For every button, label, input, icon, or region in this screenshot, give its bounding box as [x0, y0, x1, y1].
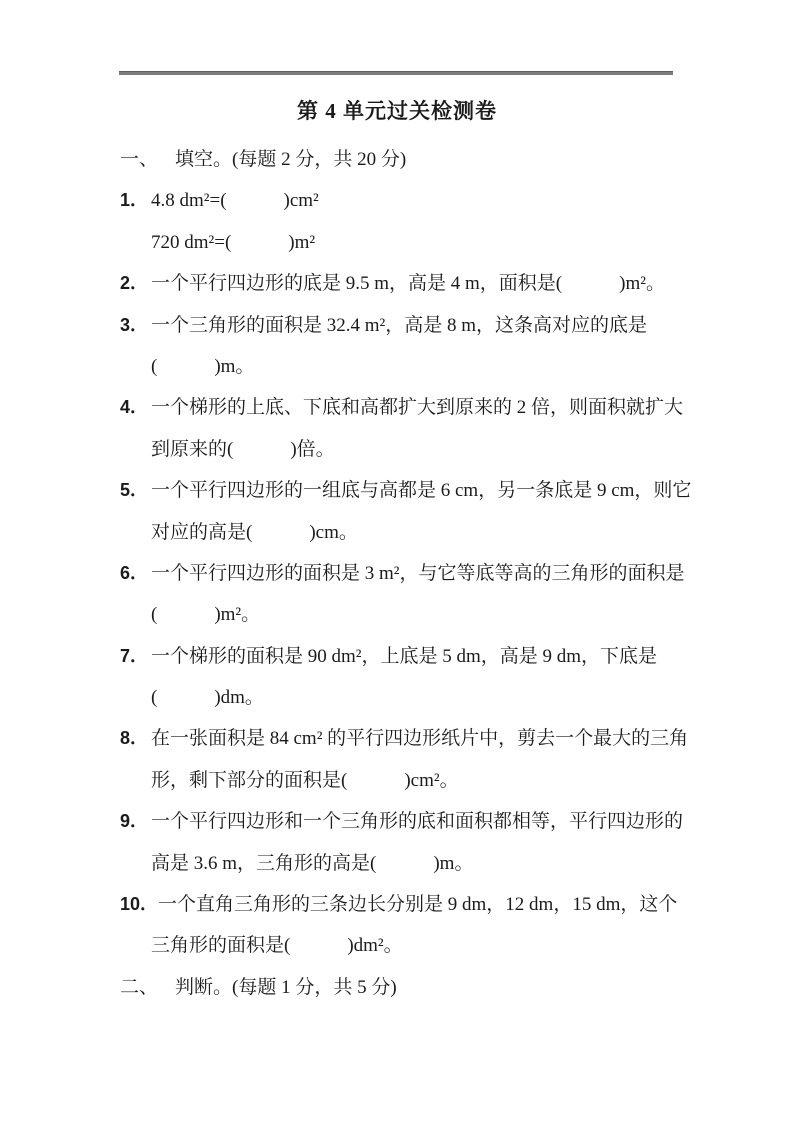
question-9-text: 一个平行四边形和一个三角形的底和面积都相等，平行四边形的 — [151, 811, 683, 832]
question-2-text: 一个平行四边形的底是 9.5 m，高是 4 m，面积是( )m²。 — [151, 273, 665, 294]
questions-list: 1．4.8 dm²=( )cm²720 dm²=( )m²2．一个平行四边形的底… — [120, 180, 682, 966]
question-7-continuation: ( )dm。 — [120, 677, 682, 718]
question-4-continuation: 到原来的( )倍。 — [120, 429, 682, 470]
question-3-continuation: ( )m。 — [120, 346, 682, 387]
section-2-numeral: 二、 — [120, 967, 158, 1008]
question-9-continuation: 高是 3.6 m，三角形的高是( )m。 — [120, 843, 682, 884]
question-10-line: 10．一个直角三角形的三条边长分别是 9 dm，12 dm，15 dm，这个 — [120, 884, 682, 925]
question-2-line: 2．一个平行四边形的底是 9.5 m，高是 4 m，面积是( )m²。 — [120, 263, 682, 304]
question-1-line: 1．4.8 dm²=( )cm² — [120, 180, 682, 221]
question-7-text: 一个梯形的面积是 90 dm²，上底是 5 dm，高是 9 dm，下底是 — [151, 646, 657, 667]
question-3-text: 一个三角形的面积是 32.4 m²，高是 8 m，这条高对应的底是 — [151, 315, 647, 336]
question-1-continuation: 720 dm²=( )m² — [120, 222, 682, 263]
question-8-text: 在一张面积是 84 cm² 的平行四边形纸片中，剪去一个最大的三角 — [151, 728, 688, 749]
question-3-line: 3．一个三角形的面积是 32.4 m²，高是 8 m，这条高对应的底是 — [120, 305, 682, 346]
question-8-line: 8．在一张面积是 84 cm² 的平行四边形纸片中，剪去一个最大的三角 — [120, 718, 682, 759]
question-3-number: 3． — [120, 305, 151, 346]
question-9-number: 9． — [120, 801, 151, 842]
question-6-continuation: ( )m²。 — [120, 594, 682, 635]
question-10-number: 10． — [120, 884, 158, 925]
section-2-heading: 二、判断。(每题 1 分，共 5 分) — [120, 967, 682, 1008]
section-1-heading-text: 填空。(每题 2 分，共 20 分) — [175, 149, 406, 170]
question-5-continuation: 对应的高是( )cm。 — [120, 512, 682, 553]
question-6-number: 6． — [120, 553, 151, 594]
question-10-text: 一个直角三角形的三条边长分别是 9 dm，12 dm，15 dm，这个 — [158, 894, 677, 915]
page-title: 第 4 单元过关检测卷 — [120, 95, 674, 125]
question-7-number: 7． — [120, 636, 151, 677]
test-paper-page: 第 4 单元过关检测卷 一、填空。(每题 2 分，共 20 分) 1．4.8 d… — [0, 0, 793, 1122]
section-2-heading-text: 判断。(每题 1 分，共 5 分) — [175, 977, 397, 998]
header-rule — [119, 71, 673, 75]
question-4-text: 一个梯形的上底、下底和高都扩大到原来的 2 倍，则面积就扩大 — [151, 397, 683, 418]
question-8-continuation: 形，剩下部分的面积是( )cm²。 — [120, 760, 682, 801]
question-9-line: 9．一个平行四边形和一个三角形的底和面积都相等，平行四边形的 — [120, 801, 682, 842]
question-5-text: 一个平行四边形的一组底与高都是 6 cm，另一条底是 9 cm，则它 — [151, 480, 691, 501]
question-4-number: 4． — [120, 387, 151, 428]
section-1-heading: 一、填空。(每题 2 分，共 20 分) — [120, 139, 682, 180]
question-2-number: 2． — [120, 263, 151, 304]
question-1-text: 4.8 dm²=( )cm² — [151, 190, 319, 211]
section-1-numeral: 一、 — [120, 139, 158, 180]
question-5-line: 5．一个平行四边形的一组底与高都是 6 cm，另一条底是 9 cm，则它 — [120, 470, 682, 511]
question-6-line: 6．一个平行四边形的面积是 3 m²，与它等底等高的三角形的面积是 — [120, 553, 682, 594]
question-6-text: 一个平行四边形的面积是 3 m²，与它等底等高的三角形的面积是 — [151, 563, 684, 584]
question-5-number: 5． — [120, 470, 151, 511]
question-4-line: 4．一个梯形的上底、下底和高都扩大到原来的 2 倍，则面积就扩大 — [120, 387, 682, 428]
question-7-line: 7．一个梯形的面积是 90 dm²，上底是 5 dm，高是 9 dm，下底是 — [120, 636, 682, 677]
content-area: 一、填空。(每题 2 分，共 20 分) 1．4.8 dm²=( )cm²720… — [120, 139, 682, 1008]
question-8-number: 8． — [120, 718, 151, 759]
question-10-continuation: 三角形的面积是( )dm²。 — [120, 925, 682, 966]
question-1-number: 1． — [120, 180, 151, 221]
